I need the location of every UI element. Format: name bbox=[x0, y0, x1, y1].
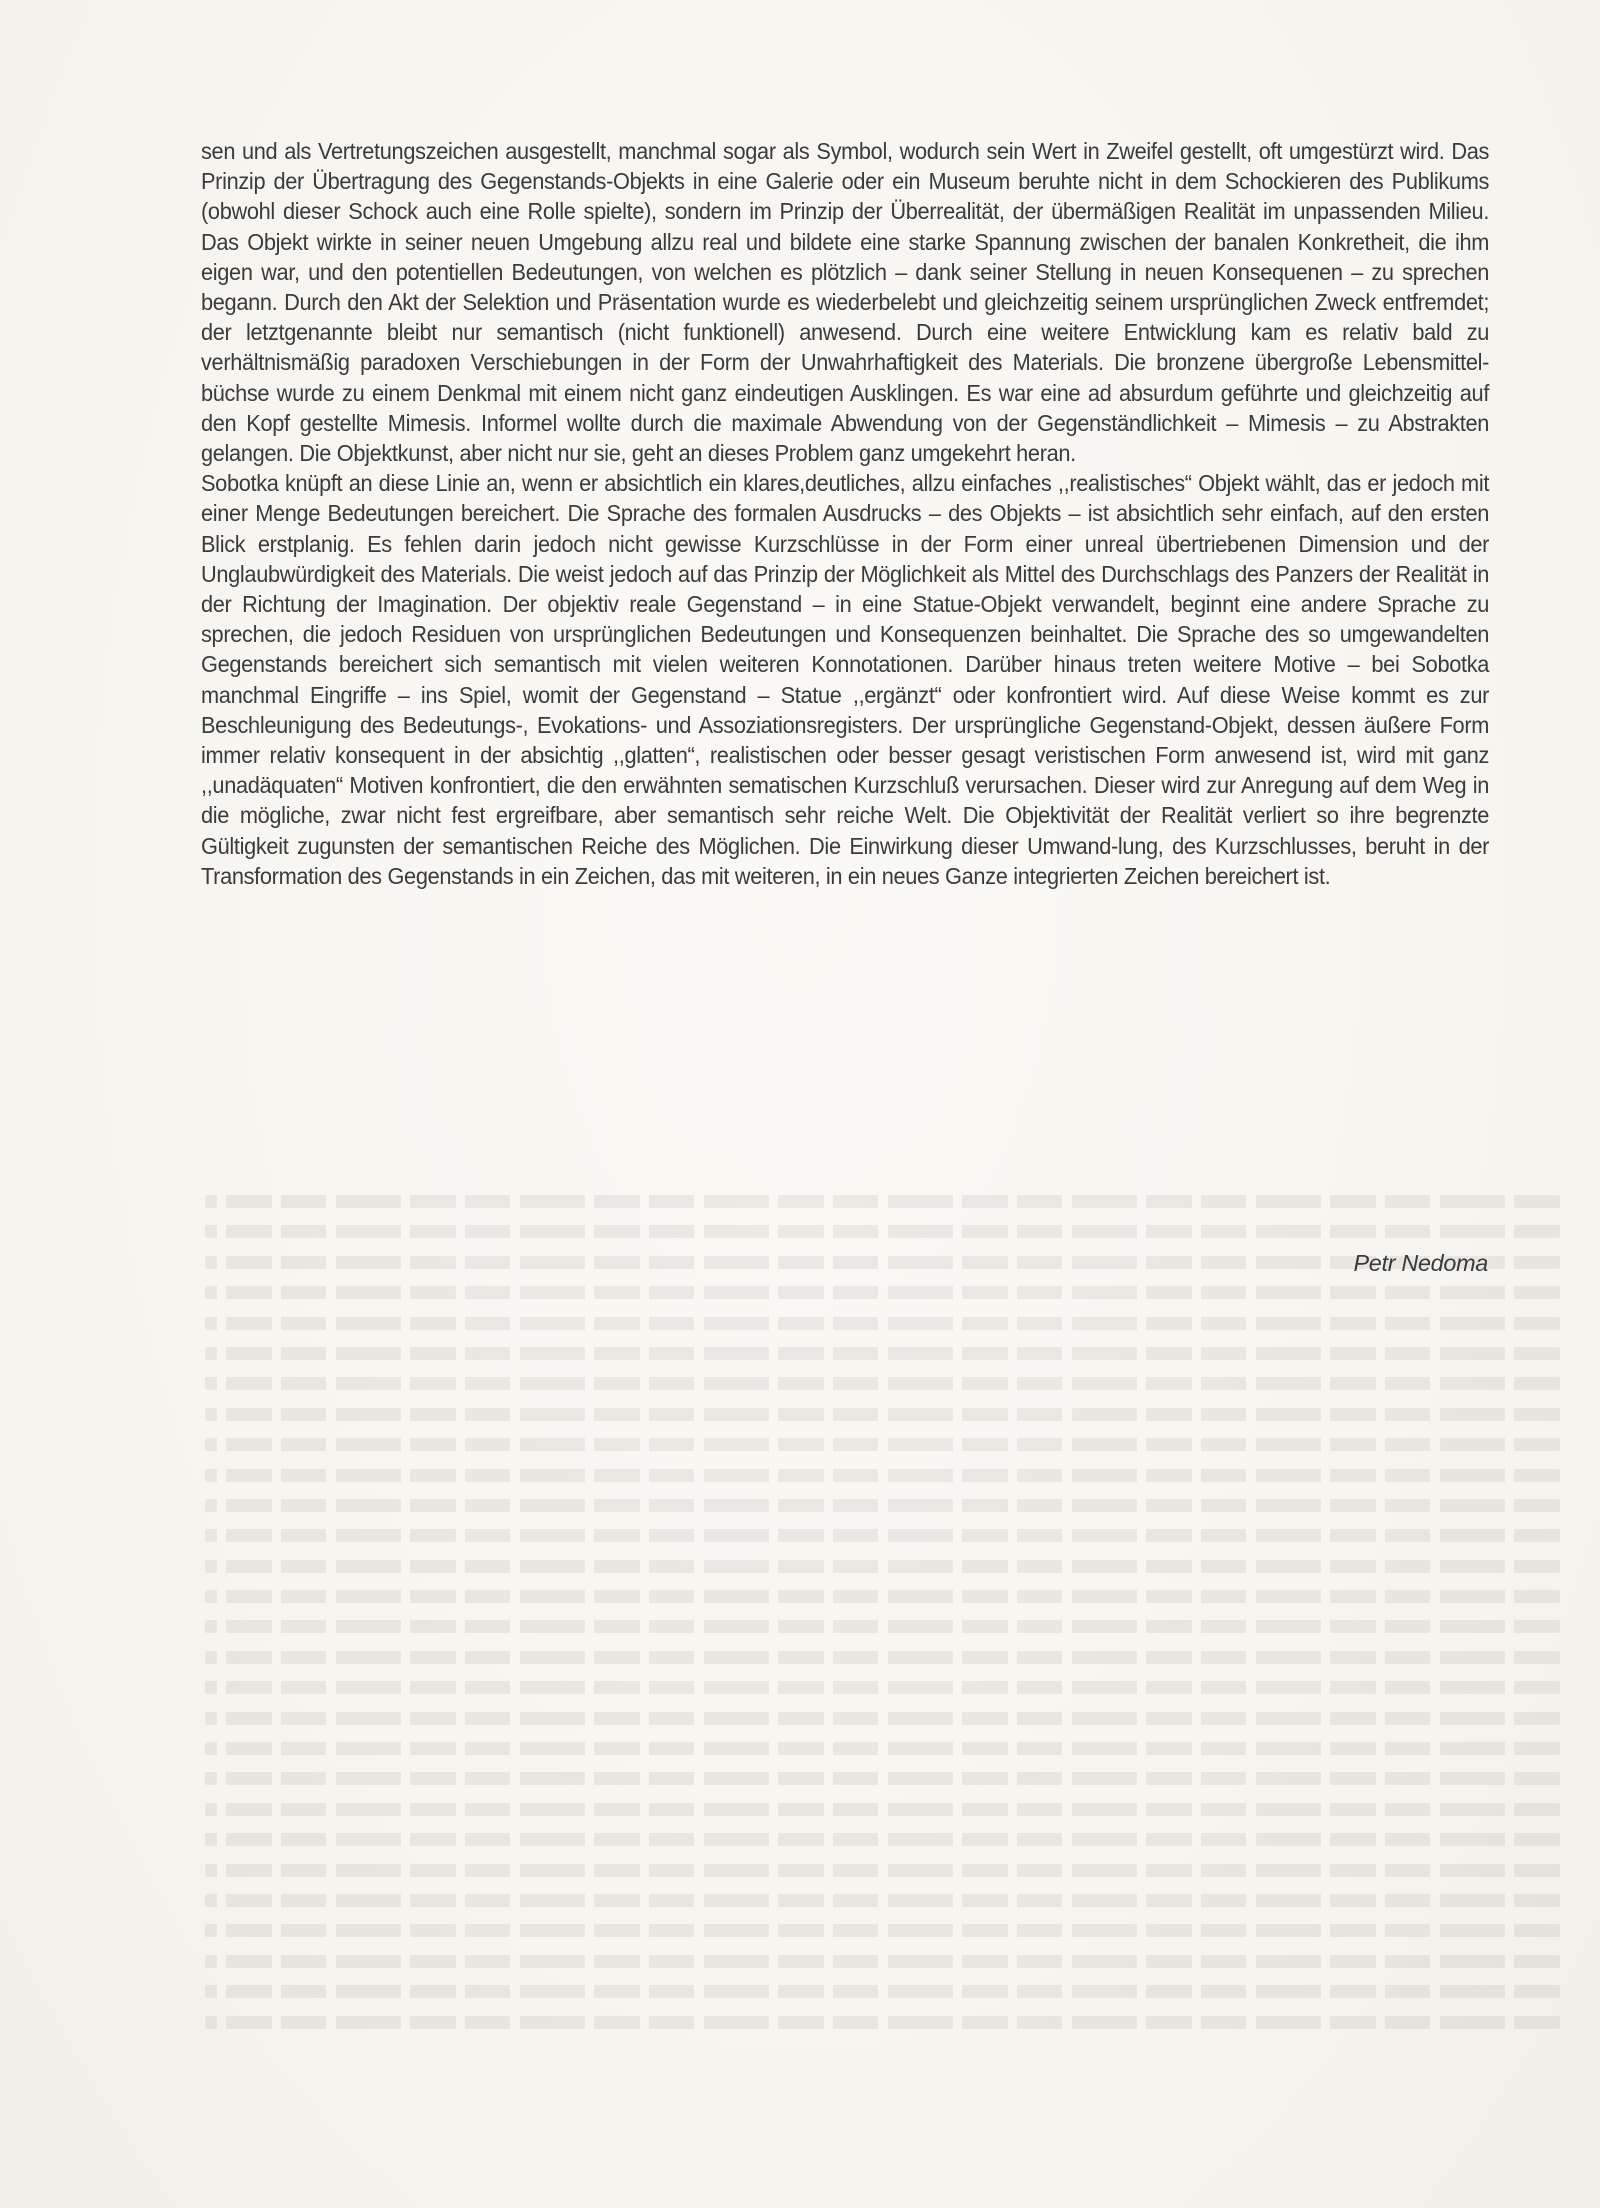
paragraph-1: sen und als Vertretungszeichen ausgestel… bbox=[201, 136, 1489, 468]
author-signature: Petr Nedoma bbox=[1353, 1250, 1488, 1277]
document-page: sen und als Vertretungszeichen ausgestel… bbox=[0, 0, 1600, 2208]
reverse-side-bleed-through bbox=[205, 1195, 1560, 2055]
paragraph-2: Sobotka knüpft an diese Linie an, wenn e… bbox=[201, 468, 1489, 891]
article-body: sen und als Vertretungszeichen ausgestel… bbox=[201, 136, 1489, 891]
